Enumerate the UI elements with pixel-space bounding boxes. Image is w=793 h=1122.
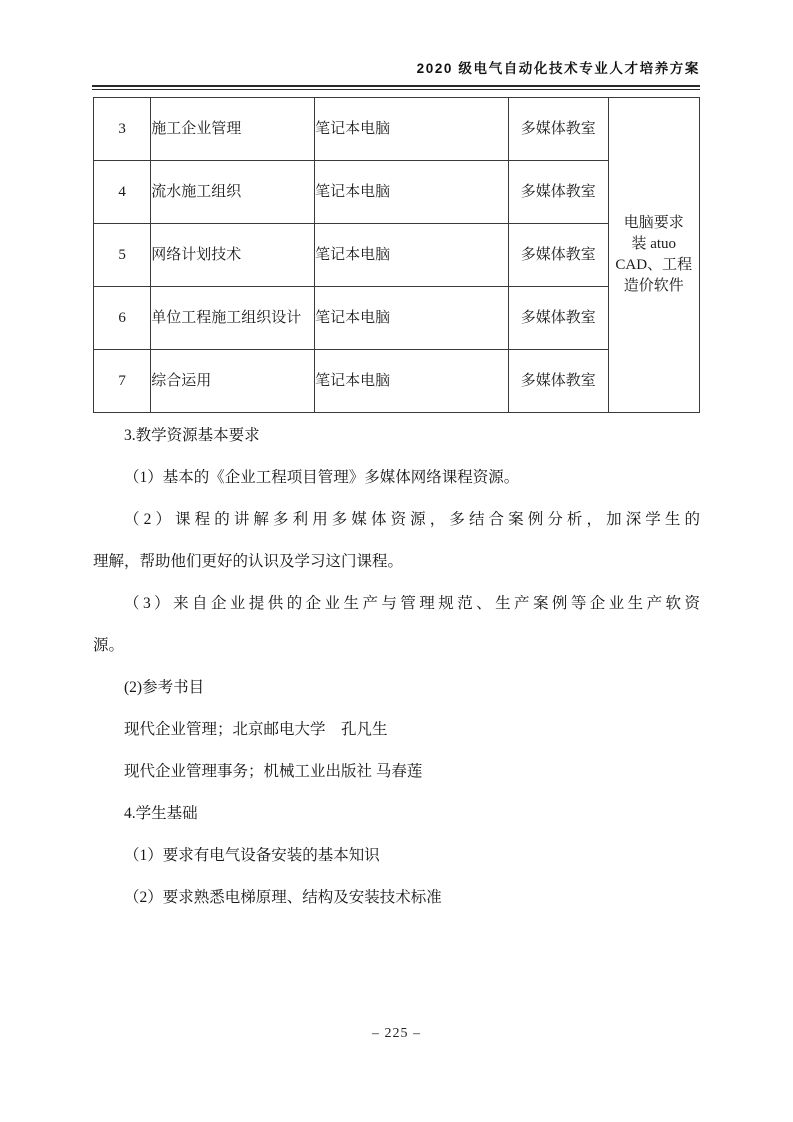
- equipment-table-wrapper: 3 施工企业管理 笔记本电脑 多媒体教室 电脑要求 装 atuo CAD、工程 …: [93, 97, 700, 413]
- paragraph-line: 现代企业管理；北京邮电大学 孔凡生: [93, 709, 700, 751]
- row-number-cell: 3: [94, 98, 151, 161]
- equipment-cell: 笔记本电脑: [315, 287, 509, 350]
- room-cell: 多媒体教室: [509, 161, 608, 224]
- room-cell: 多媒体教室: [509, 98, 608, 161]
- page-footer: – 225 –: [0, 1026, 793, 1042]
- course-cell: 施工企业管理: [151, 98, 315, 161]
- paragraph-line: 4.学生基础: [93, 793, 700, 835]
- paragraph-line: （1）基本的《企业工程项目管理》多媒体网络课程资源。: [93, 457, 700, 499]
- course-cell: 综合运用: [151, 350, 315, 413]
- page-number: – 225 –: [372, 1026, 421, 1041]
- body-text: 3.教学资源基本要求 （1）基本的《企业工程项目管理》多媒体网络课程资源。 （2…: [93, 415, 700, 919]
- room-cell: 多媒体教室: [509, 350, 608, 413]
- room-cell: 多媒体教室: [509, 224, 608, 287]
- equipment-table: 3 施工企业管理 笔记本电脑 多媒体教室 电脑要求 装 atuo CAD、工程 …: [93, 97, 700, 413]
- row-number-cell: 5: [94, 224, 151, 287]
- note-line: 造价软件: [609, 276, 699, 297]
- note-line: 装 atuo: [609, 234, 699, 255]
- equipment-cell: 笔记本电脑: [315, 98, 509, 161]
- paragraph-line: 3.教学资源基本要求: [93, 415, 700, 457]
- equipment-cell: 笔记本电脑: [315, 224, 509, 287]
- running-head-title: 2020 级电气自动化技术专业人才培养方案: [93, 57, 700, 77]
- room-cell: 多媒体教室: [509, 287, 608, 350]
- note-line: 电脑要求: [609, 213, 699, 234]
- course-cell: 网络计划技术: [151, 224, 315, 287]
- header-double-rule: [92, 85, 700, 90]
- paragraph-line: 现代企业管理事务；机械工业出版社 马春莲: [93, 751, 700, 793]
- equipment-cell: 笔记本电脑: [315, 350, 509, 413]
- row-number-cell: 7: [94, 350, 151, 413]
- table-row: 3 施工企业管理 笔记本电脑 多媒体教室 电脑要求 装 atuo CAD、工程 …: [94, 98, 700, 161]
- note-line: CAD、工程: [609, 255, 699, 276]
- paragraph-line: (2)参考书目: [93, 667, 700, 709]
- document-page: 2020 级电气自动化技术专业人才培养方案 3 施工企业管理 笔记本电脑 多媒体…: [0, 0, 793, 1122]
- paragraph-line: 理解，帮助他们更好的认识及学习这门课程。: [93, 541, 700, 583]
- course-cell: 流水施工组织: [151, 161, 315, 224]
- note-cell: 电脑要求 装 atuo CAD、工程 造价软件: [608, 98, 699, 413]
- paragraph-line: （2）要求熟悉电梯原理、结构及安装技术标准: [93, 877, 700, 919]
- course-cell: 单位工程施工组织设计: [151, 287, 315, 350]
- paragraph-line: 源。: [93, 625, 700, 667]
- paragraph-line: （1）要求有电气设备安装的基本知识: [93, 835, 700, 877]
- row-number-cell: 4: [94, 161, 151, 224]
- row-number-cell: 6: [94, 287, 151, 350]
- paragraph-line: （2）课程的讲解多利用多媒体资源，多结合案例分析，加深学生的: [93, 499, 700, 541]
- equipment-cell: 笔记本电脑: [315, 161, 509, 224]
- paragraph-line: （3）来自企业提供的企业生产与管理规范、生产案例等企业生产软资: [93, 583, 700, 625]
